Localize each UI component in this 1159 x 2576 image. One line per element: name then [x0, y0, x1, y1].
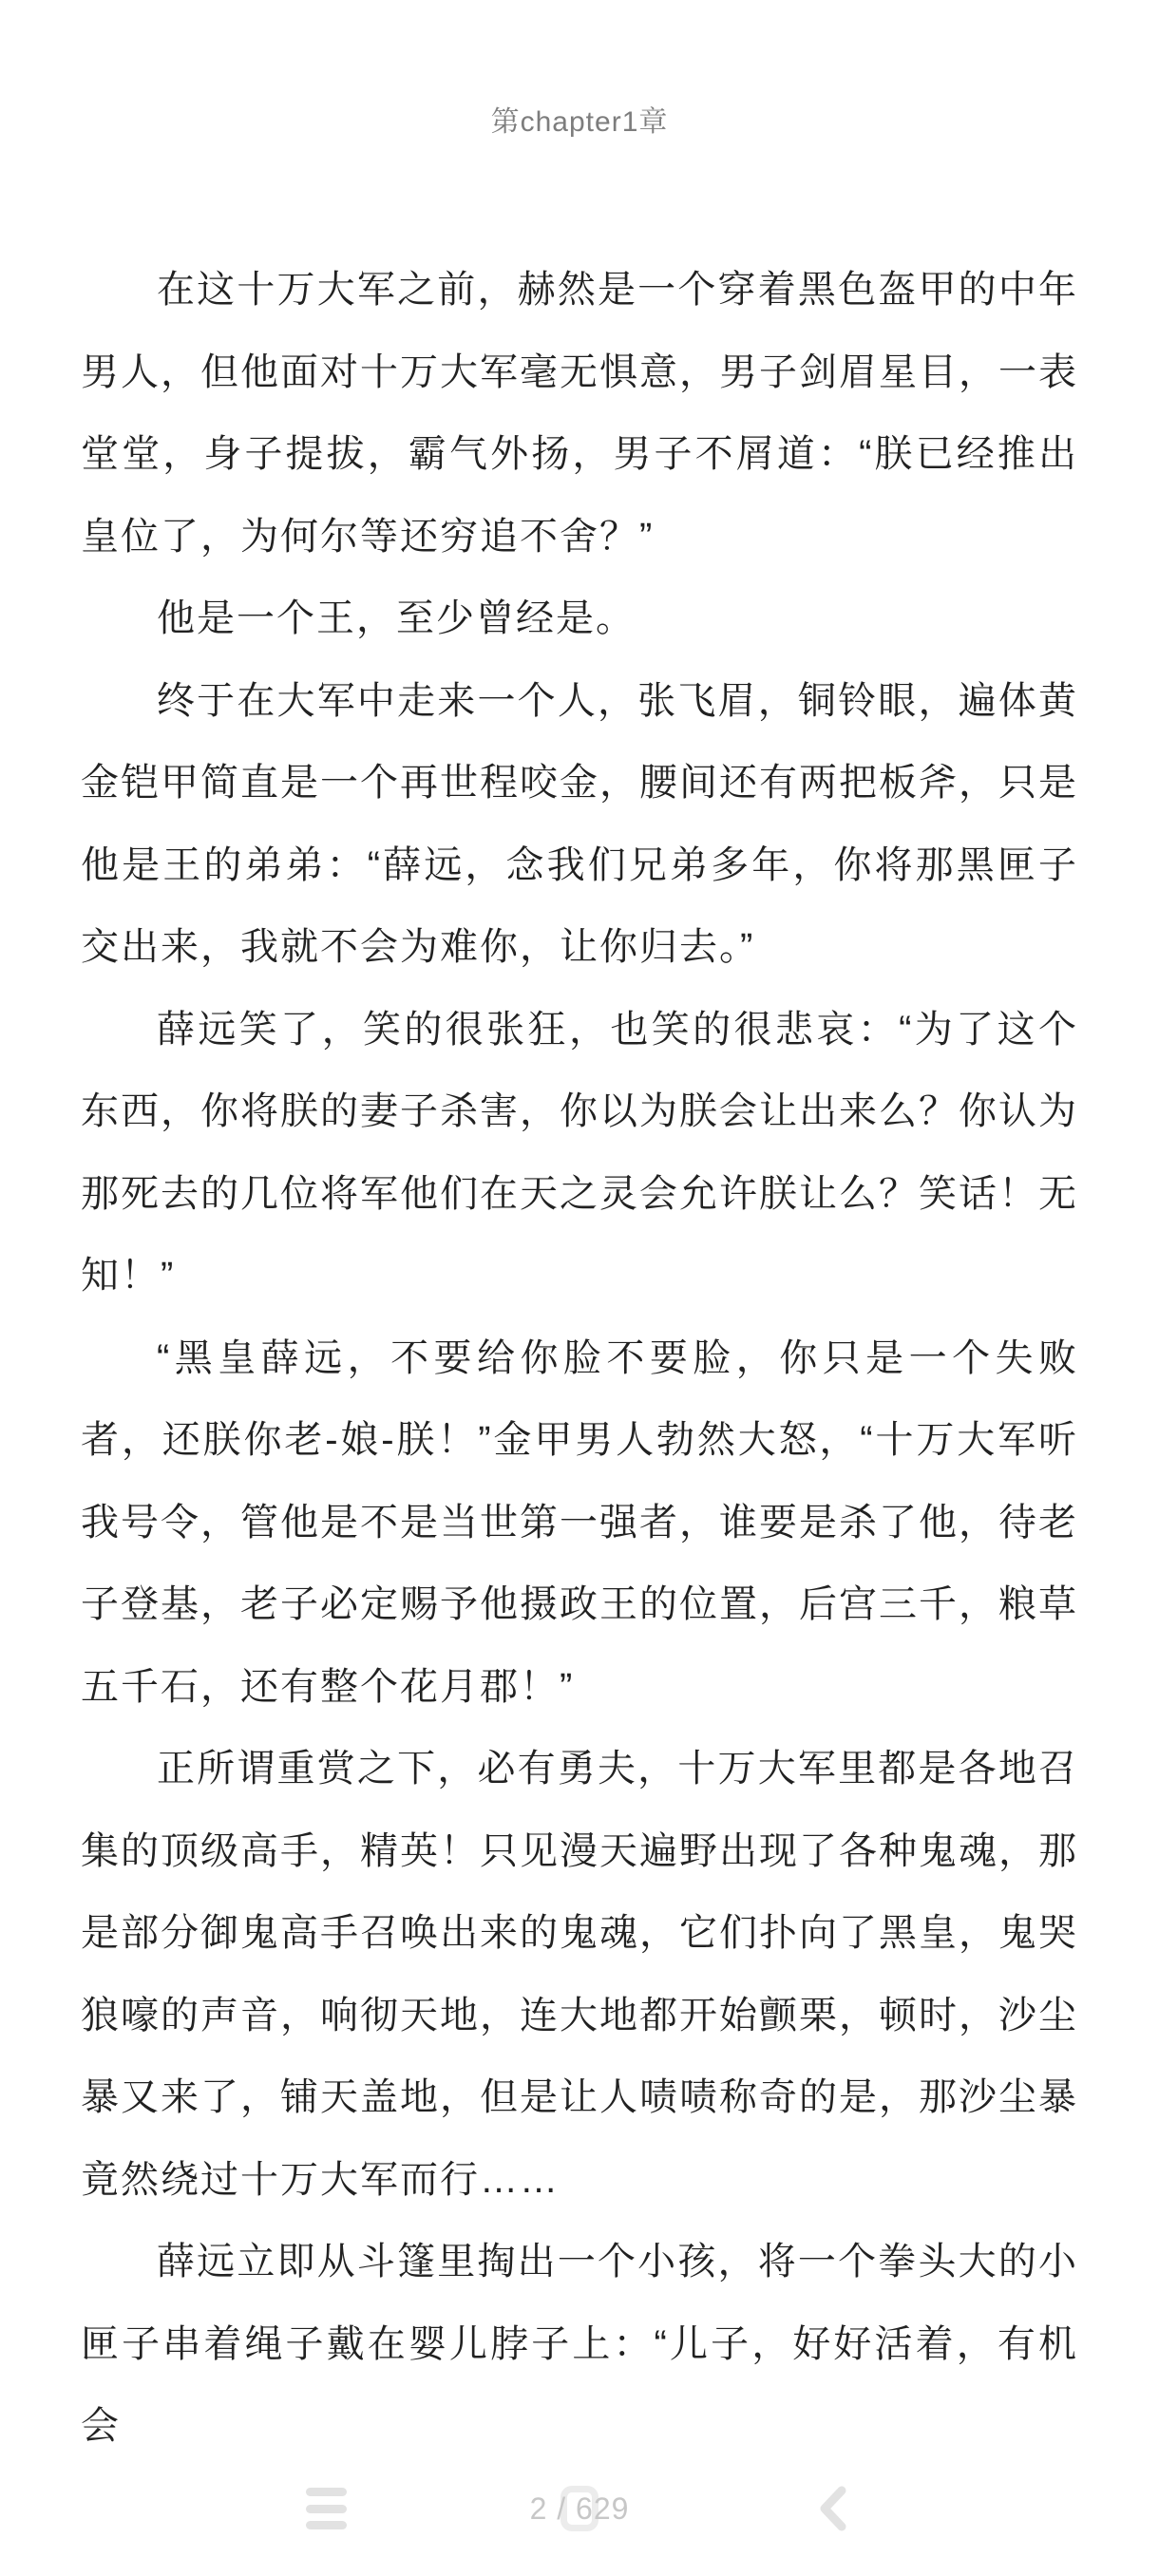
page-indicator[interactable]: 2 / 629	[456, 2479, 703, 2538]
reader-page: 第chapter1章 在这十万大军之前，赫然是一个穿着黑色盔甲的中年男人，但他面…	[0, 0, 1159, 2576]
reading-area[interactable]: 在这十万大军之前，赫然是一个穿着黑色盔甲的中年男人，但他面对十万大军毫无惧意，男…	[81, 249, 1078, 2468]
menu-button[interactable]	[296, 2479, 355, 2538]
page-indicator-text: 2 / 629	[530, 2479, 630, 2538]
back-button[interactable]	[804, 2479, 863, 2538]
chevron-left-icon	[817, 2486, 849, 2531]
paragraph: 薛远立即从斗篷里掏出一个小孩，将一个拳头大的小匣子串着绳子戴在婴儿脖子上：“儿子…	[81, 2221, 1078, 2468]
hamburger-menu-icon	[306, 2488, 347, 2496]
paragraph: “黑皇薛远，不要给你脸不要脸，你只是一个失败者，还朕你老-娘-朕！”金甲男人勃然…	[81, 1317, 1078, 1729]
paragraph: 在这十万大军之前，赫然是一个穿着黑色盔甲的中年男人，但他面对十万大军毫无惧意，男…	[81, 249, 1078, 578]
paragraph: 薛远笑了，笑的很张狂，也笑的很悲哀：“为了这个东西，你将朕的妻子杀害，你以为朕会…	[81, 989, 1078, 1317]
paragraph: 他是一个王，至少曾经是。	[81, 578, 1078, 660]
hamburger-menu-icon	[306, 2505, 347, 2513]
chapter-title: 第chapter1章	[0, 103, 1159, 142]
paragraph: 正所谓重赏之下，必有勇夫，十万大军里都是各地召集的顶级高手，精英！只见漫天遍野出…	[81, 1728, 1078, 2221]
bottom-toolbar: 2 / 629	[0, 2477, 1159, 2540]
paragraph: 终于在大军中走来一个人，张飞眉，铜铃眼，遍体黄金铠甲简直是一个再世程咬金，腰间还…	[81, 660, 1078, 989]
hamburger-menu-icon	[306, 2521, 347, 2529]
